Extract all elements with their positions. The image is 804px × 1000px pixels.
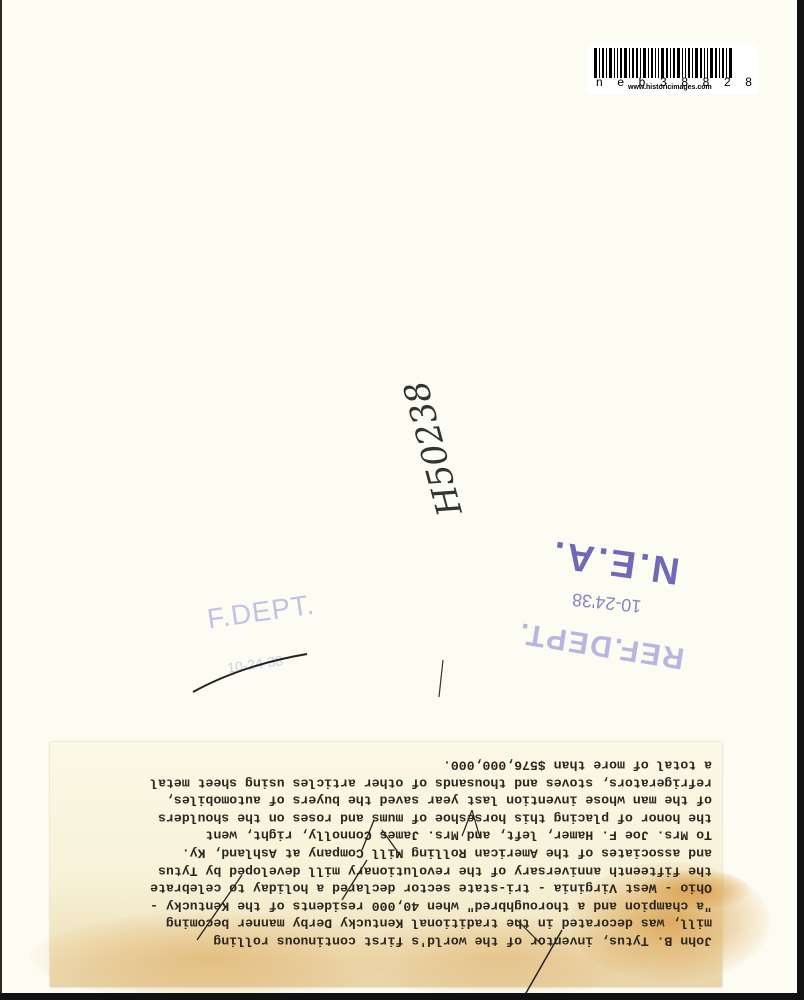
scan-edge-right (797, 0, 804, 1000)
handwritten-number: H50238 (396, 377, 470, 520)
scan-edge-bottom (0, 993, 804, 1000)
ref-dept-stamp-left: F.DEPT. (205, 589, 317, 636)
caption-slip: John B. Tytus, inventor of the world's f… (50, 742, 722, 987)
barcode-digit: 8 (745, 75, 752, 89)
barcode-digit: n (596, 75, 603, 89)
ref-dept-stamp-right: REF.DEPT. (515, 615, 686, 675)
barcode-icon (594, 48, 752, 78)
caption-line: of the man whose invention last year sav… (62, 791, 712, 809)
caption-line: refrigerators, stoves and thousands of o… (62, 774, 712, 792)
barcode-digit: e (617, 75, 624, 89)
photo-back: neb38828 www.historicimages.com N.E.A. 1… (0, 0, 799, 993)
barcode-label: neb38828 www.historicimages.com (588, 44, 758, 94)
caption-line: To Mrs. Joe F. Hamer, left, and Mrs. Jam… (62, 826, 712, 844)
date-stamp-left: 10-24-38 (226, 652, 284, 676)
caption-line: Ohio - West Virginia - tri-state sector … (62, 879, 712, 897)
barcode-digit: 2 (724, 75, 731, 89)
caption-line: mill, was decorated in the traditional K… (62, 914, 712, 932)
nea-stamp: N.E.A. (548, 531, 683, 592)
caption-line: John B. Tytus, inventor of the world's f… (62, 932, 712, 950)
caption-line: the honor of placing this horseshoe of m… (62, 809, 712, 827)
caption-line: a total of more than $576,000,000. (62, 756, 712, 774)
caption-line: the fifteenth anniversary of the revolut… (62, 862, 712, 880)
caption-line: and associates of the American Rolling M… (62, 844, 712, 862)
date-stamp-right: 10-24'38 (571, 588, 642, 616)
barcode-url: www.historicimages.com (628, 84, 712, 91)
caption-line: "a champion and a thoroughbred" when 40,… (62, 897, 712, 915)
caption-text: John B. Tytus, inventor of the world's f… (62, 756, 712, 950)
